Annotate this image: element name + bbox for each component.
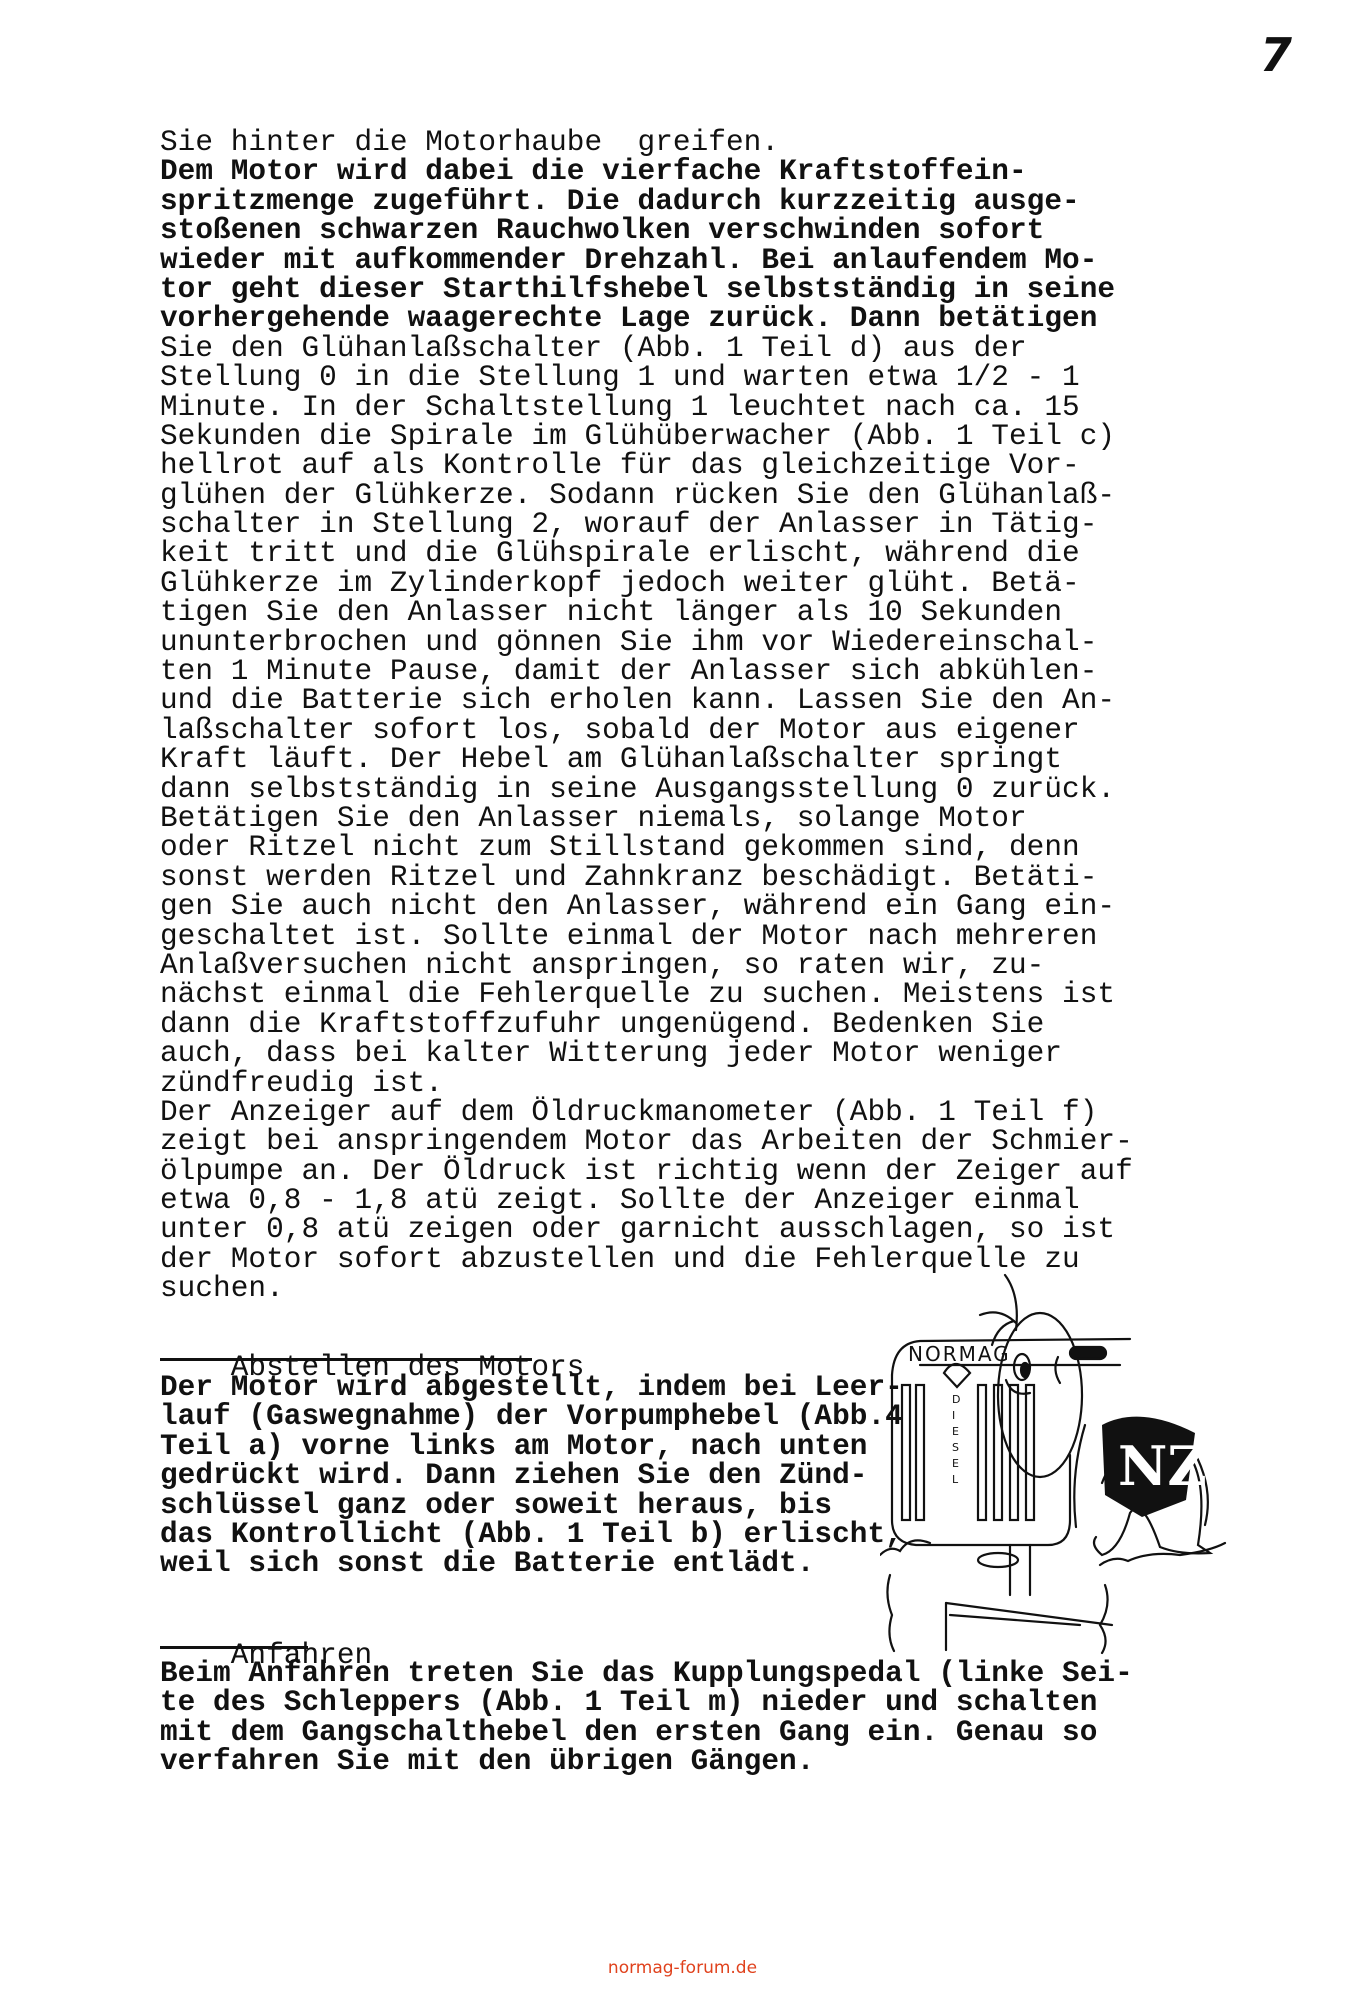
text-line: Betätigen Sie den Anlasser niemals, sola… [160,804,1133,833]
text-line: gen Sie auch nicht den Anlasser, während… [160,892,1133,921]
document-page: 7 Sie hinter die Motorhaube greifen.Dem … [0,0,1365,1994]
text-line: schalter in Stellung 2, worauf der Anlas… [160,510,1133,539]
svg-text:D: D [952,1393,960,1406]
text-line: oder Ritzel nicht zum Stillstand gekomme… [160,833,1133,862]
svg-text:S: S [952,1441,959,1454]
text-line: ten 1 Minute Pause, damit der Anlasser s… [160,657,1133,686]
text-line: Sie den Glühanlaßschalter (Abb. 1 Teil d… [160,334,1133,363]
abstellen-text-block: Der Motor wird abgestellt, indem bei Lee… [160,1373,903,1579]
anfahren-text-block: Beim Anfahren treten Sie das Kupplungspe… [160,1659,1133,1777]
text-line: Anlaßversuchen nicht anspringen, so rate… [160,951,1133,980]
text-line: sonst werden Ritzel und Zahnkranz beschä… [160,863,1133,892]
svg-text:NZ: NZ [1118,1434,1207,1498]
text-line: das Kontrollicht (Abb. 1 Teil b) erlisch… [160,1520,903,1549]
text-line: dann selbstständig in seine Ausgangsstel… [160,775,1133,804]
text-line: nächst einmal die Fehlerquelle zu suchen… [160,980,1133,1009]
text-line: gedrückt wird. Dann ziehen Sie den Zünd- [160,1461,903,1490]
text-line: verfahren Sie mit den übrigen Gängen. [160,1747,1133,1776]
text-line: dann die Kraftstoffzufuhr ungenügend. Be… [160,1010,1133,1039]
text-line: unter 0,8 atü zeigen oder garnicht aussc… [160,1215,1133,1244]
text-line: auch, dass bei kalter Witterung jeder Mo… [160,1039,1133,1068]
text-line: glühen der Glühkerze. Sodann rücken Sie … [160,481,1133,510]
text-line: Beim Anfahren treten Sie das Kupplungspe… [160,1659,1133,1688]
text-line: Minute. In der Schaltstellung 1 leuchtet… [160,393,1133,422]
text-line: Der Motor wird abgestellt, indem bei Lee… [160,1373,903,1402]
text-line: mit dem Gangschalthebel den ersten Gang … [160,1718,1133,1747]
text-line: laßschalter sofort los, sobald der Motor… [160,716,1133,745]
heading-underline [160,1358,532,1361]
svg-text:NORMAG: NORMAG [908,1342,1011,1366]
text-line: tor geht dieser Starthilfshebel selbstst… [160,275,1133,304]
svg-text:E: E [952,1425,959,1438]
text-line: ununterbrochen und gönnen Sie ihm vor Wi… [160,628,1133,657]
mascot-tractor-illustration: NZ NORMAG DIESEL [880,1255,1240,1655]
text-line: tigen Sie den Anlasser nicht länger als … [160,598,1133,627]
text-line: te des Schleppers (Abb. 1 Teil m) nieder… [160,1688,1133,1717]
text-line: und die Batterie sich erholen kann. Lass… [160,686,1133,715]
text-line: Der Anzeiger auf dem Öldruckmanometer (A… [160,1098,1133,1127]
text-line: Teil a) vorne links am Motor, nach unten [160,1432,903,1461]
text-line: geschaltet ist. Sollte einmal der Motor … [160,922,1133,951]
text-line: stoßenen schwarzen Rauchwolken verschwin… [160,216,1133,245]
text-line: zeigt bei anspringendem Motor das Arbeit… [160,1127,1133,1156]
text-line: etwa 0,8 - 1,8 atü zeigt. Sollte der Anz… [160,1186,1133,1215]
text-line: vorhergehende waagerechte Lage zurück. D… [160,304,1133,333]
text-line: wieder mit aufkommender Drehzahl. Bei an… [160,246,1133,275]
text-line: Kraft läuft. Der Hebel am Glühanlaßschal… [160,745,1133,774]
text-line: zündfreudig ist. [160,1069,1133,1098]
text-line: keit tritt und die Glühspirale erlischt,… [160,539,1133,568]
svg-text:E: E [952,1457,959,1470]
footer-site-name: normag-forum.de [0,1958,1365,1978]
heading-underline [160,1646,308,1649]
main-text-block: Sie hinter die Motorhaube greifen.Dem Mo… [160,128,1133,1304]
text-line: lauf (Gaswegnahme) der Vorpumphebel (Abb… [160,1402,903,1431]
text-line: weil sich sonst die Batterie entlädt. [160,1549,903,1578]
text-line: schlüssel ganz oder soweit heraus, bis [160,1491,903,1520]
text-line: hellrot auf als Kontrolle für das gleich… [160,451,1133,480]
svg-text:L: L [952,1473,959,1486]
text-line: Glühkerze im Zylinderkopf jedoch weiter … [160,569,1133,598]
page-number: 7 [1260,28,1292,82]
text-line: Stellung 0 in die Stellung 1 und warten … [160,363,1133,392]
text-line: spritzmenge zugeführt. Die dadurch kurzz… [160,187,1133,216]
text-line: Dem Motor wird dabei die vierfache Kraft… [160,157,1133,186]
text-line: Sie hinter die Motorhaube greifen. [160,128,1133,157]
text-line: Sekunden die Spirale im Glühüberwacher (… [160,422,1133,451]
nz-mascot-icon: NZ NORMAG DIESEL [880,1255,1240,1655]
text-line: ölpumpe an. Der Öldruck ist richtig wenn… [160,1157,1133,1186]
svg-text:I: I [952,1409,955,1422]
